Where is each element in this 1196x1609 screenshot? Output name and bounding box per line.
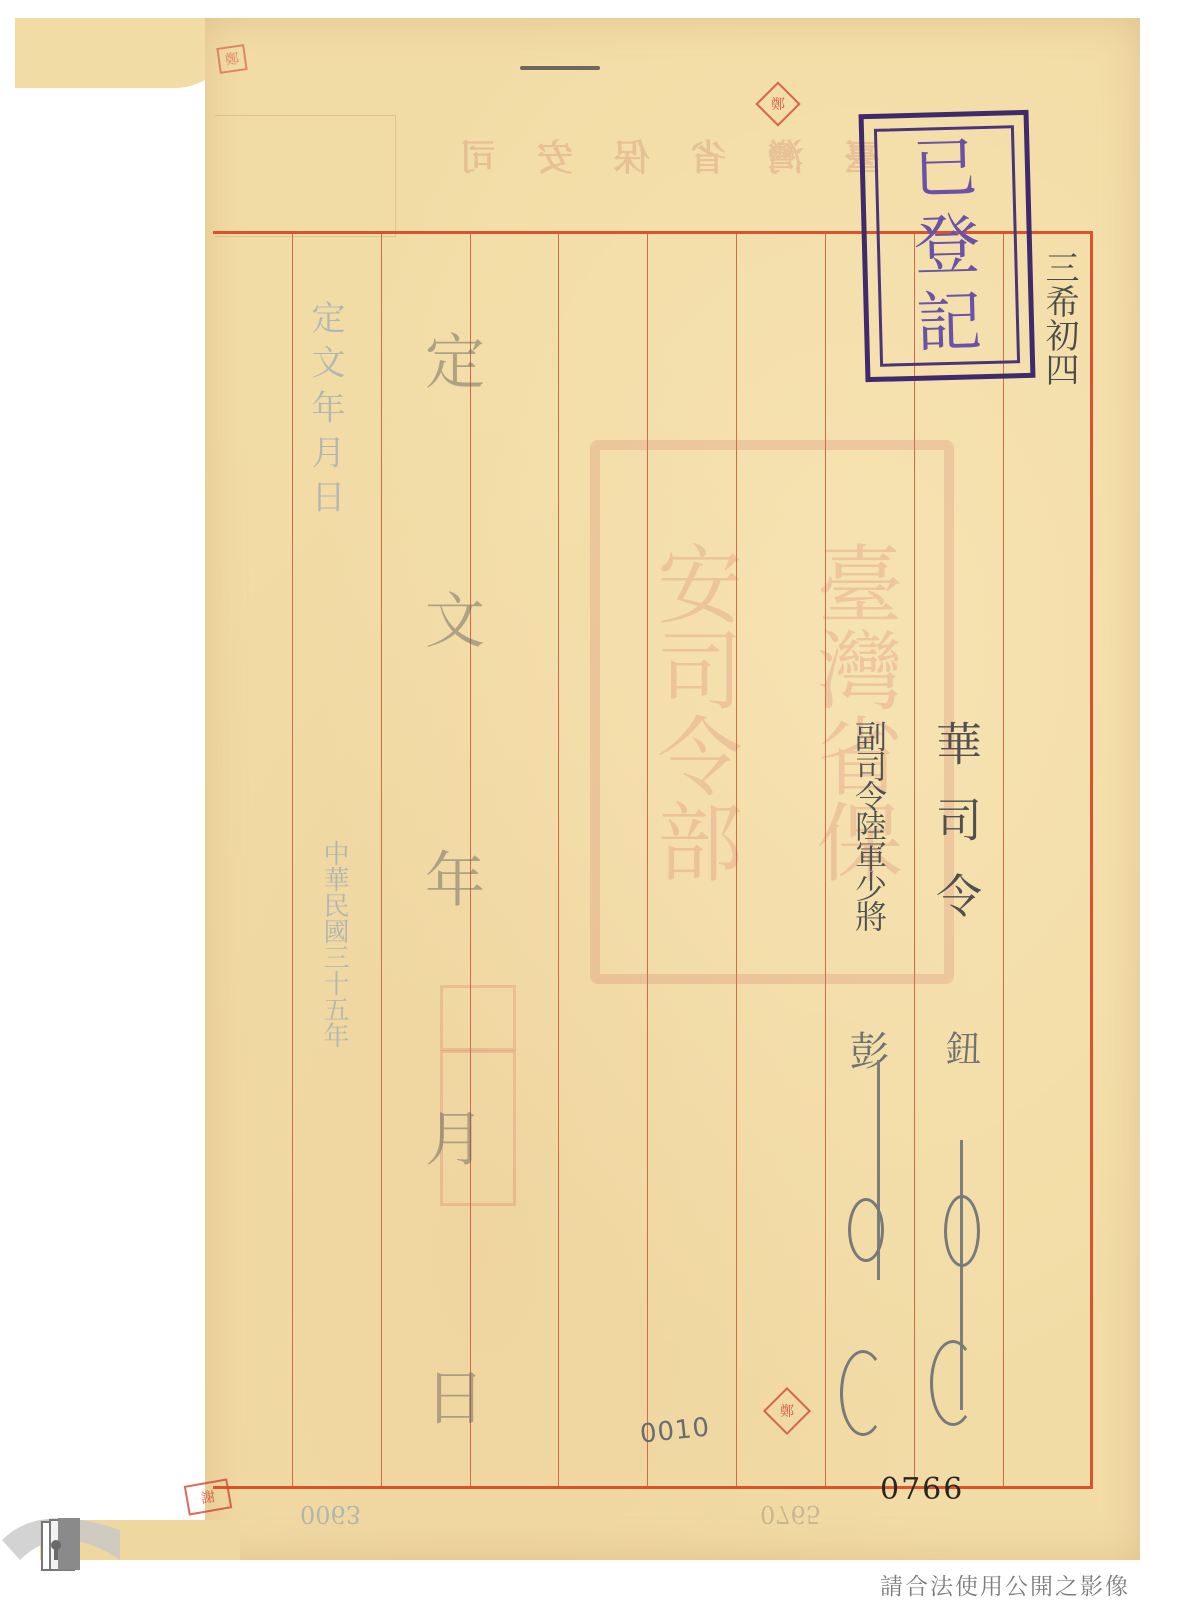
seal-column: 安司令部 <box>633 462 751 962</box>
faint-bleed-number: 0063 <box>300 1500 361 1528</box>
usage-watermark: 請合法使用公開之影像 <box>880 1568 1130 1601</box>
faint-date-stamp: 中華民國三十五年 <box>318 840 350 1048</box>
signature-loop <box>930 1340 976 1426</box>
small-seal-corner: 鄭 <box>216 44 247 74</box>
faint-header-box <box>215 115 396 237</box>
faint-bleed-number: 0765 <box>760 1500 821 1528</box>
registered-stamp-inner: 已 登 記 <box>874 125 1020 367</box>
header-faint-title: 臺 灣 省 保 安 司 <box>460 130 880 180</box>
deputy-commander-title: 副司令陸軍少將 <box>850 720 888 930</box>
archive-book-lock-icon <box>0 1500 140 1580</box>
signature-commander-char: 鈕 <box>935 1030 986 1066</box>
ink-dash-mark <box>520 66 600 70</box>
grid-line <box>558 234 559 1486</box>
grid-line <box>381 234 382 1486</box>
commander-title: 華司令 <box>930 720 982 948</box>
paper-top-strip <box>15 18 235 88</box>
grid-line <box>292 234 293 1486</box>
signature-loop <box>848 1198 884 1262</box>
faint-pencil-signature: 定 文 年 月 日 <box>418 330 482 1516</box>
registered-stamp: 已 登 記 <box>859 110 1036 382</box>
official-seal-large: 安司令部 臺灣省保 <box>590 440 954 984</box>
printed-page-number: 0766 <box>880 1472 964 1507</box>
file-code-handwritten: 三希初四 <box>1030 250 1080 386</box>
signature-loop <box>944 1195 980 1267</box>
signature-deputy-char: 彭 <box>838 1030 895 1070</box>
faint-bleed-text: 定 文 年 月 日 <box>305 300 345 513</box>
signature-loop <box>840 1350 886 1436</box>
grid-line <box>1003 234 1004 1486</box>
